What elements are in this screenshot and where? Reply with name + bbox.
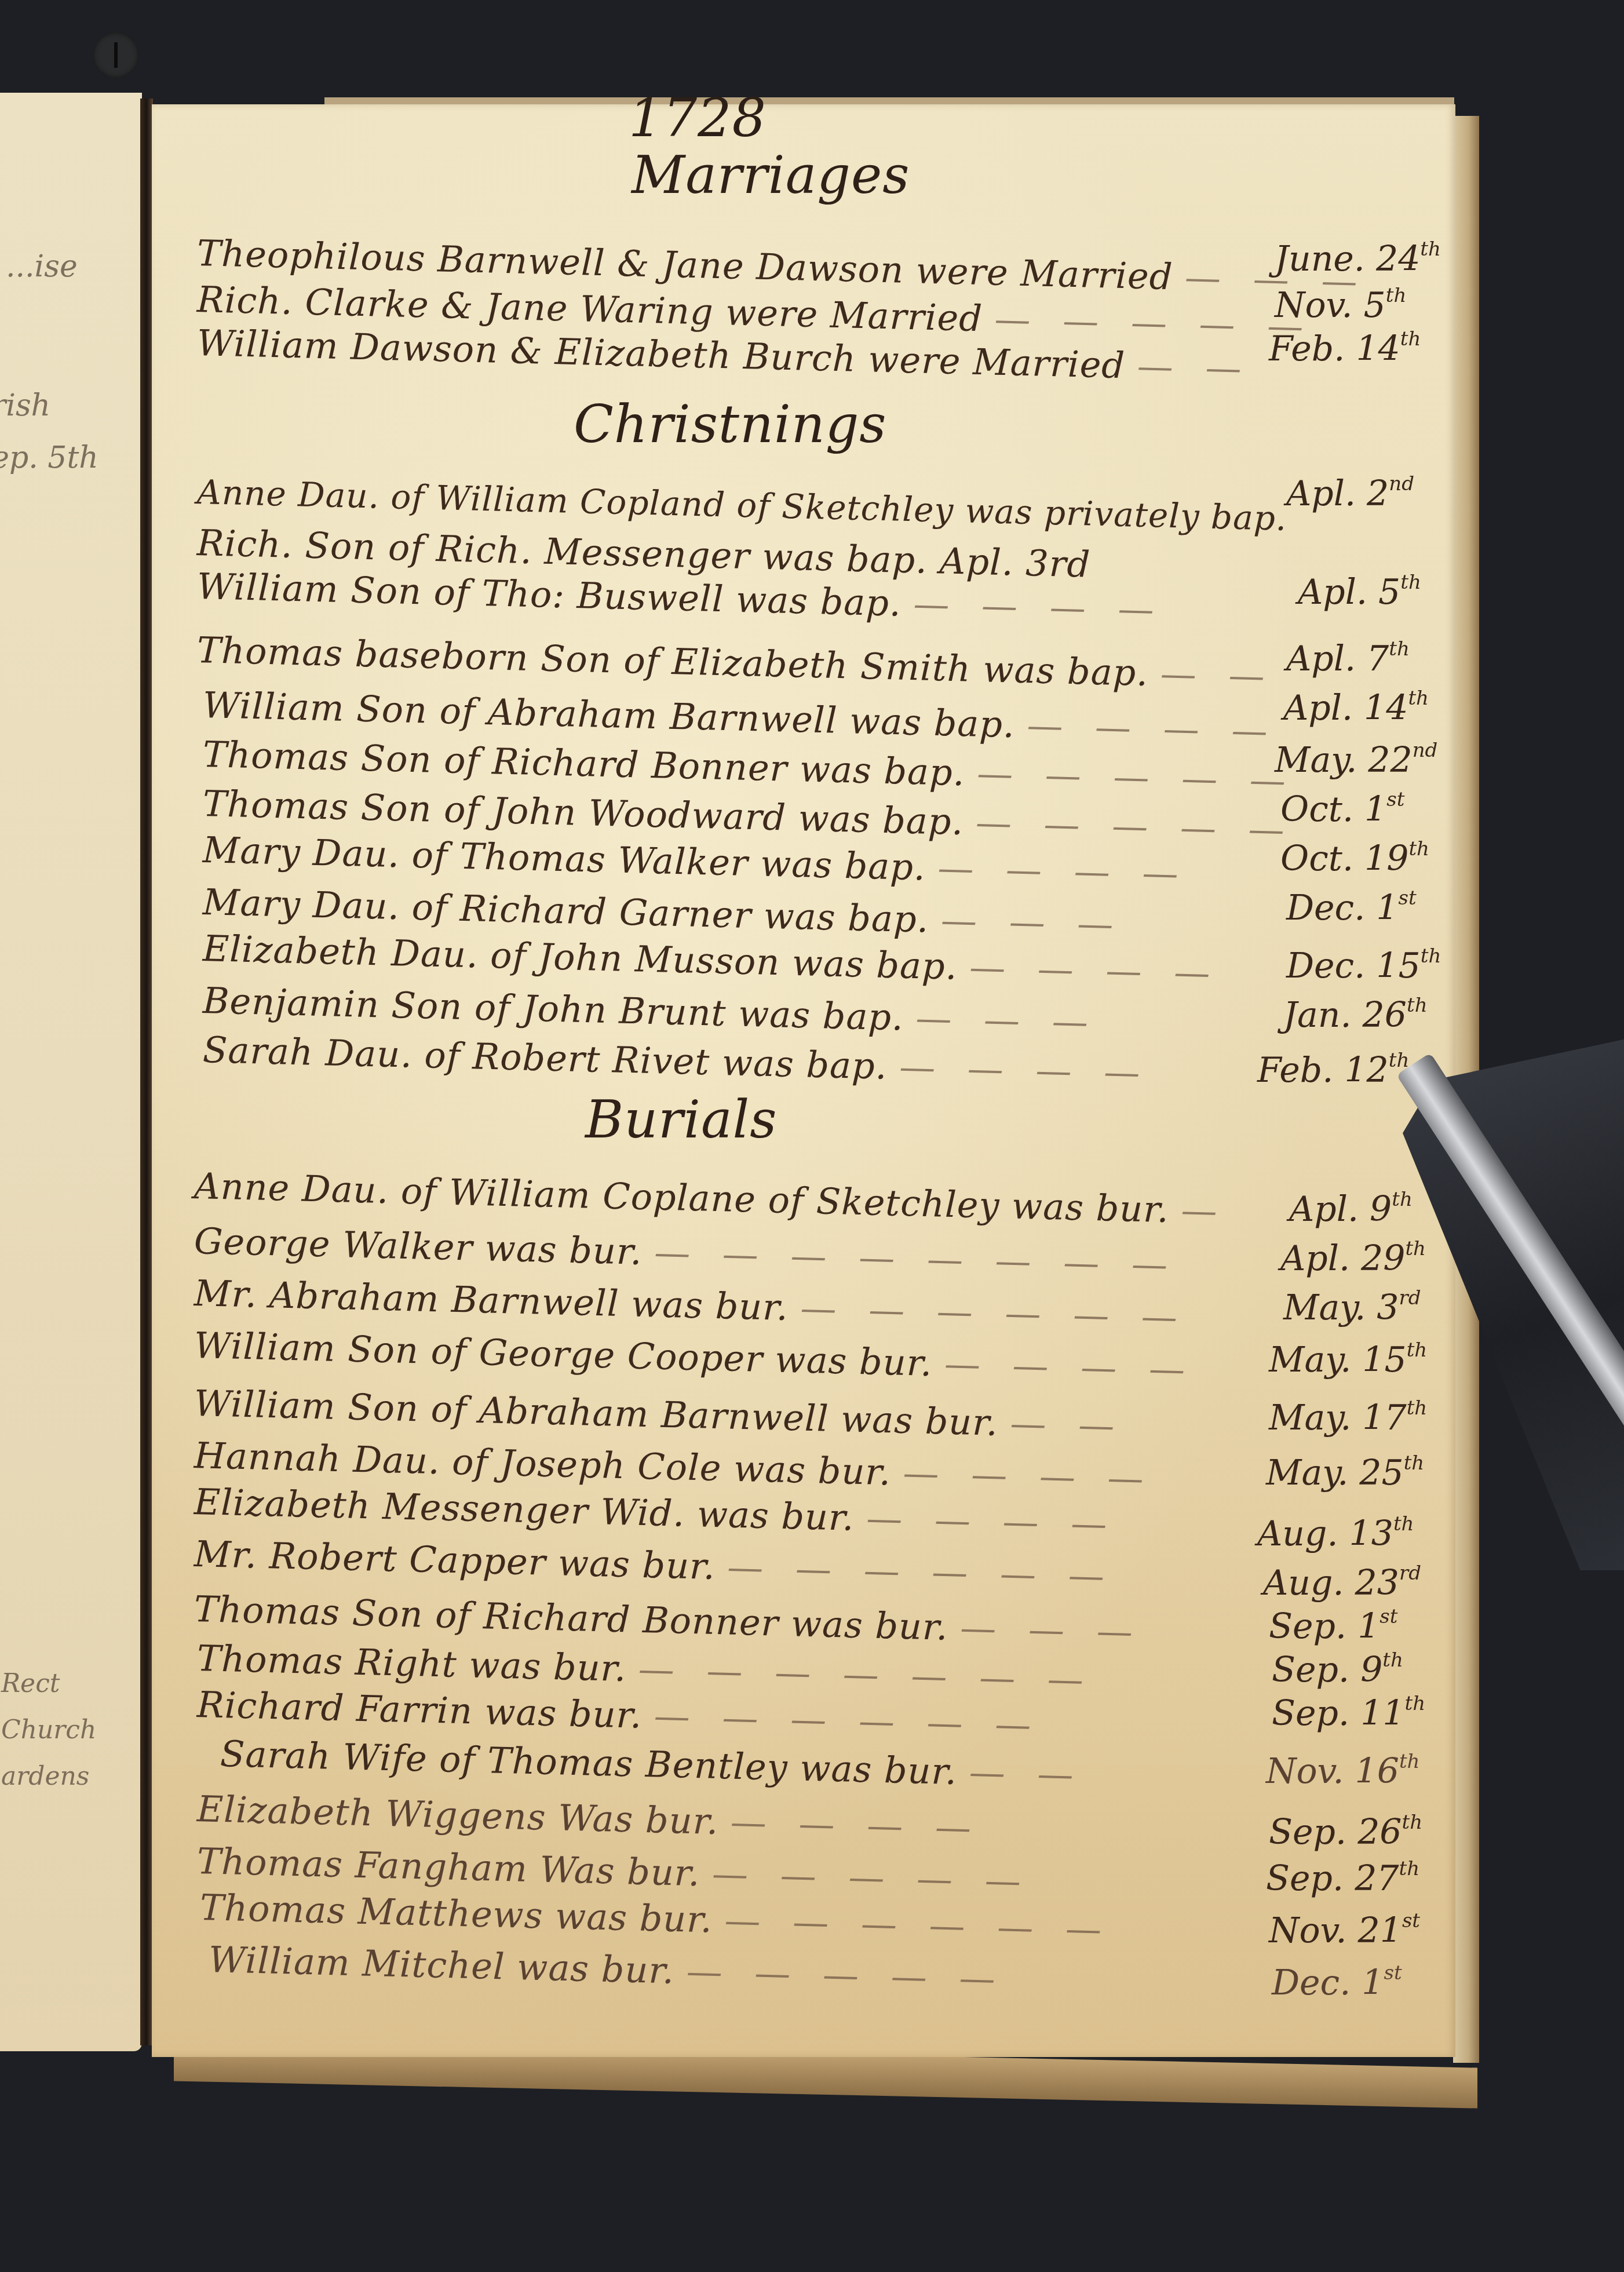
left-page-fragment: ...Church: [0, 1715, 96, 1745]
entry-date: June. 24th: [1275, 238, 1441, 279]
entry-date: Oct. 1st: [1280, 788, 1404, 830]
section-heading-christnings: Christnings: [574, 394, 887, 455]
entry-date: May. 25th: [1266, 1452, 1424, 1493]
entry-date: Feb. 12th: [1257, 1049, 1409, 1091]
entry-date: Dec. 15th: [1286, 944, 1441, 986]
entry-date: Sep. 27th: [1266, 1857, 1419, 1899]
entry-date: May. 3rd: [1283, 1286, 1421, 1328]
entry-date: Apl. 14th: [1283, 687, 1429, 728]
mounting-screw: [93, 32, 139, 78]
entry-date: Oct. 19th: [1280, 837, 1429, 879]
entry-date: Apl. 2nd: [1286, 472, 1414, 514]
entry-date: Sep. 9th: [1272, 1649, 1403, 1690]
left-page: ...ise ...arrish ...Sep. 5th ...Rect ...…: [0, 93, 142, 2051]
entry-date: Nov. 21st: [1269, 1909, 1420, 1951]
entry-date: Nov. 5th: [1275, 284, 1406, 326]
section-heading-marriages: Marriages: [632, 145, 910, 206]
section-heading-burials: Burials: [585, 1089, 778, 1150]
entry-date: Apl. 29th: [1280, 1237, 1426, 1279]
entry-date: Sep. 26th: [1269, 1811, 1422, 1852]
entry-date: May. 22nd: [1275, 739, 1437, 781]
left-page-fragment: ...Rect: [0, 1669, 60, 1698]
entry-date: Sep. 1st: [1269, 1605, 1397, 1647]
left-page-fragment: ...Sep. 5th: [0, 440, 98, 475]
entry-date: Jan. 26th: [1283, 994, 1428, 1035]
entry-date: Aug. 13th: [1257, 1512, 1414, 1554]
entry-date: May. 17th: [1269, 1396, 1427, 1438]
entry-date: Sep. 11th: [1272, 1692, 1425, 1734]
entry-date: Apl. 7th: [1286, 637, 1410, 679]
entry-date: Apl. 9th: [1289, 1188, 1413, 1230]
entry-date: Feb. 14th: [1269, 327, 1421, 369]
left-page-fragment: ...ise: [6, 249, 78, 284]
left-page-fragment: ...arrish: [0, 388, 50, 423]
entry-date: Aug. 23rd: [1263, 1562, 1421, 1603]
entry-date: Dec. 1st: [1272, 1961, 1402, 2003]
entry-date: Apl. 5th: [1298, 571, 1421, 612]
left-page-fragment: ...ardens: [0, 1762, 89, 1791]
entry-date: Dec. 1st: [1286, 887, 1417, 928]
entry-date: Nov. 16th: [1266, 1750, 1419, 1792]
page-year: 1728: [629, 87, 767, 149]
book-gutter: [140, 99, 153, 2045]
entry-date: May. 15th: [1269, 1339, 1427, 1380]
